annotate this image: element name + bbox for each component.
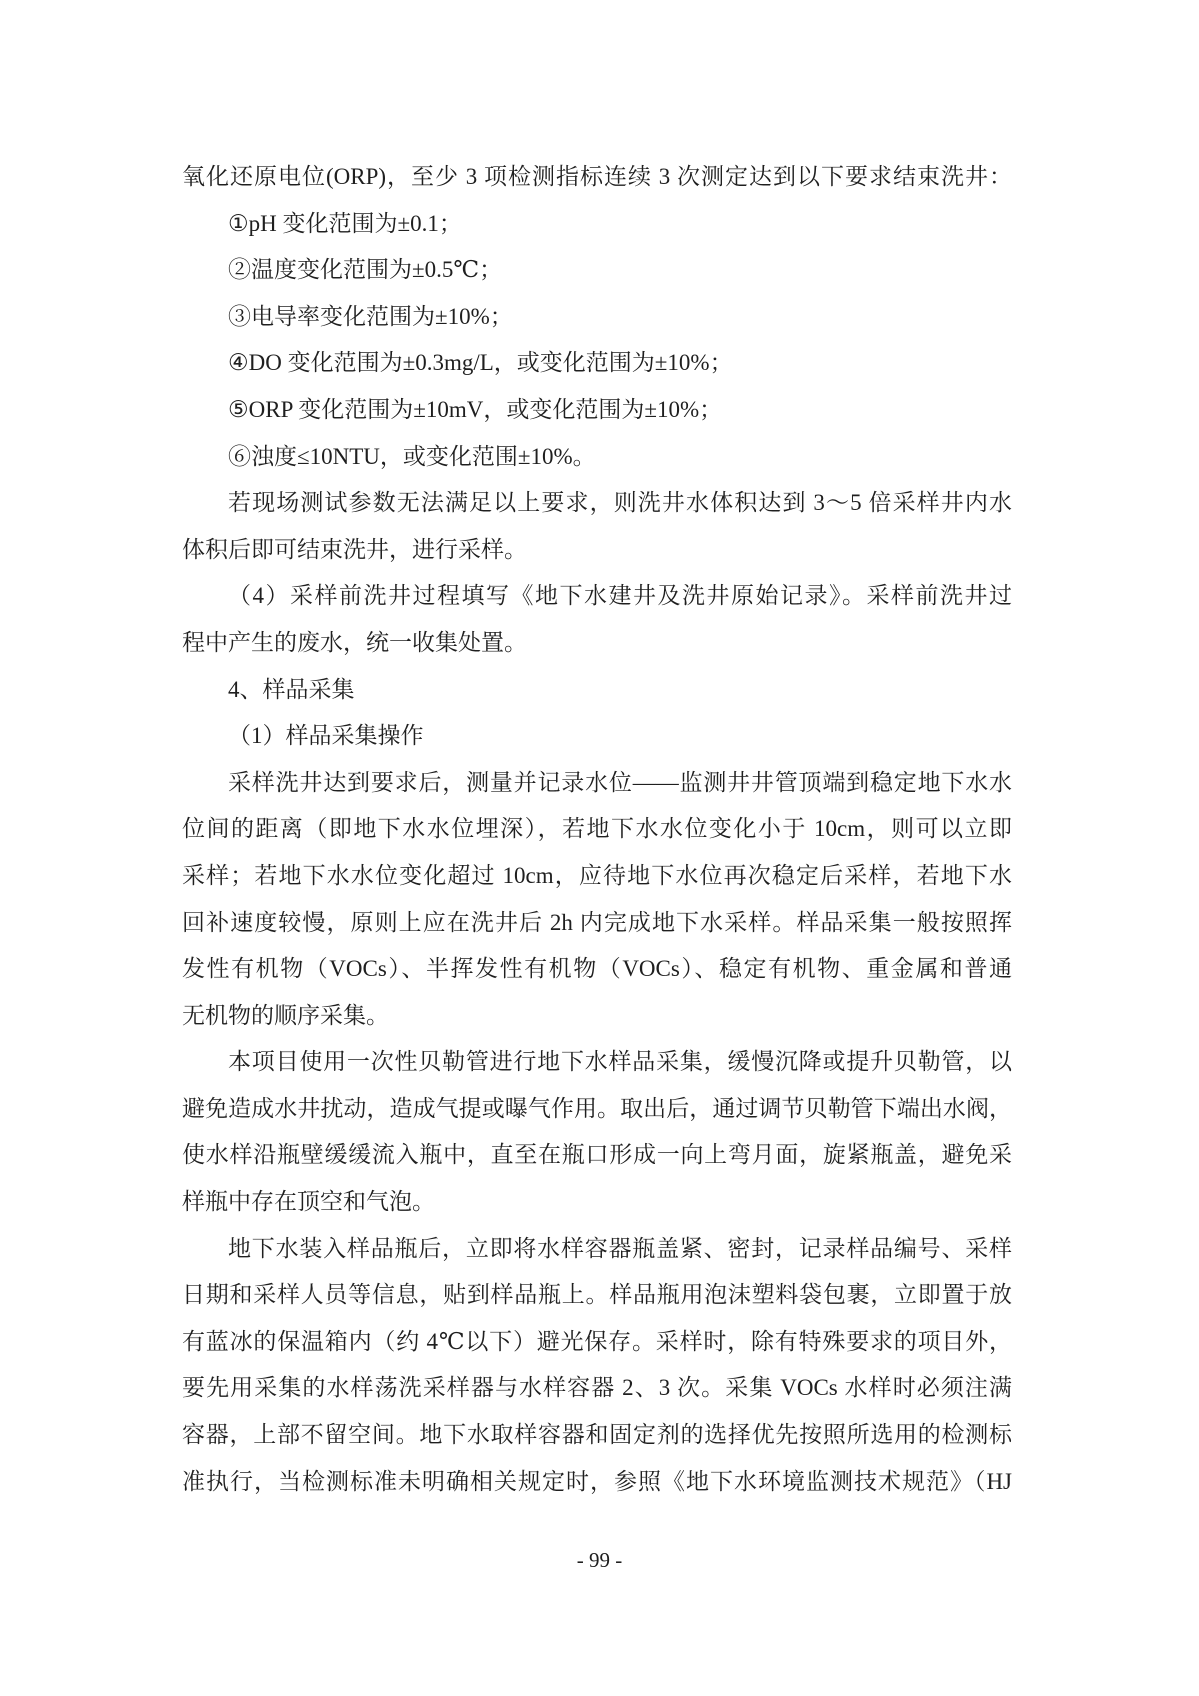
- document-line: 发性有机物（VOCs）、半挥发性有机物（VOCs）、稳定有机物、重金属和普通: [182, 946, 1012, 993]
- document-line: 要先用采集的水样荡洗采样器与水样容器 2、3 次。采集 VOCs 水样时必须注满: [182, 1365, 1012, 1412]
- document-line: ④DO 变化范围为±0.3mg/L，或变化范围为±10%；: [182, 340, 1012, 387]
- document-line: 有蓝冰的保温箱内（约 4℃以下）避光保存。采样时，除有特殊要求的项目外，: [182, 1319, 1012, 1366]
- document-line: ①pH 变化范围为±0.1；: [182, 201, 1012, 248]
- page-footer: - 99 -: [0, 1544, 1199, 1576]
- document-line: 样瓶中存在顶空和气泡。: [182, 1179, 1012, 1226]
- document-line: 无机物的顺序采集。: [182, 993, 1012, 1040]
- document-line: 若现场测试参数无法满足以上要求，则洗井水体积达到 3～5 倍采样井内水: [182, 480, 1012, 527]
- document-line: 本项目使用一次性贝勒管进行地下水样品采集，缓慢沉降或提升贝勒管，以: [182, 1039, 1012, 1086]
- page-number: - 99 -: [577, 1548, 623, 1572]
- document-line: 日期和采样人员等信息，贴到样品瓶上。样品瓶用泡沫塑料袋包裹，立即置于放: [182, 1272, 1012, 1319]
- document-line: 地下水装入样品瓶后，立即将水样容器瓶盖紧、密封，记录样品编号、采样: [182, 1226, 1012, 1273]
- document-line: 避免造成水井扰动，造成气提或曝气作用。取出后，通过调节贝勒管下端出水阀，: [182, 1086, 1012, 1133]
- document-line: 回补速度较慢，原则上应在洗井后 2h 内完成地下水采样。样品采集一般按照挥: [182, 900, 1012, 947]
- document-line: ⑥浊度≤10NTU，或变化范围±10%。: [182, 434, 1012, 481]
- document-line: 程中产生的废水，统一收集处置。: [182, 620, 1012, 667]
- document-line: 体积后即可结束洗井，进行采样。: [182, 527, 1012, 574]
- document-line: ⑤ORP 变化范围为±10mV，或变化范围为±10%；: [182, 387, 1012, 434]
- document-body: 氧化还原电位(ORP)，至少 3 项检测指标连续 3 次测定达到以下要求结束洗井…: [182, 154, 1012, 1505]
- document-line: ③电导率变化范围为±10%；: [182, 294, 1012, 341]
- document-line: 采样；若地下水水位变化超过 10cm，应待地下水位再次稳定后采样，若地下水: [182, 853, 1012, 900]
- document-line: ②温度变化范围为±0.5℃；: [182, 247, 1012, 294]
- document-line: 位间的距离（即地下水水位埋深），若地下水水位变化小于 10cm，则可以立即: [182, 806, 1012, 853]
- document-line: （4）采样前洗井过程填写《地下水建井及洗井原始记录》。采样前洗井过: [182, 573, 1012, 620]
- document-line: 采样洗井达到要求后，测量并记录水位——监测井井管顶端到稳定地下水水: [182, 760, 1012, 807]
- document-page: 氧化还原电位(ORP)，至少 3 项检测指标连续 3 次测定达到以下要求结束洗井…: [0, 0, 1199, 1696]
- document-line: 使水样沿瓶壁缓缓流入瓶中，直至在瓶口形成一向上弯月面，旋紧瓶盖，避免采: [182, 1132, 1012, 1179]
- document-line: （1）样品采集操作: [182, 713, 1012, 760]
- document-line: 容器，上部不留空间。地下水取样容器和固定剂的选择优先按照所选用的检测标: [182, 1412, 1012, 1459]
- document-line: 氧化还原电位(ORP)，至少 3 项检测指标连续 3 次测定达到以下要求结束洗井…: [182, 154, 1012, 201]
- document-line: 准执行，当检测标准未明确相关规定时，参照《地下水环境监测技术规范》（HJ: [182, 1459, 1012, 1506]
- document-line: 4、样品采集: [182, 667, 1012, 714]
